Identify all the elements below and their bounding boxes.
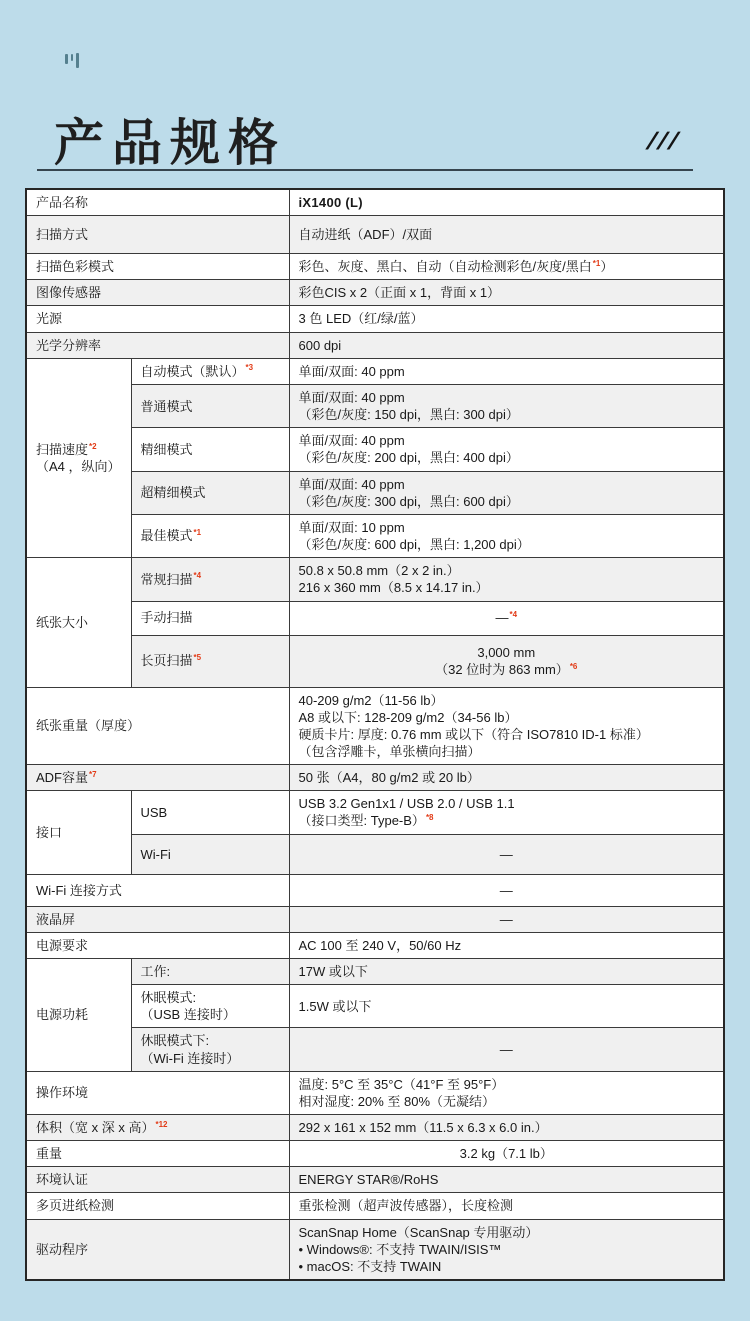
spec-value-cell: — [289,874,724,906]
table-row: 扫描速度*2（A4 ，纵向）自动模式（默认）*3单面/双面: 40 ppm [26,358,724,384]
spec-sublabel-cell: 常规扫描*4 [131,558,289,601]
spec-label-cell: 重量 [26,1141,289,1167]
spec-label-cell: 电源功耗 [26,958,131,1071]
spec-label-cell: 液晶屏 [26,906,289,932]
spec-value-cell: — [289,906,724,932]
spec-label-cell: 电源要求 [26,932,289,958]
spec-label-cell: 环境认证 [26,1167,289,1193]
spec-label-cell: 驱动程序 [26,1219,289,1280]
spec-value-cell: 17W 或以下 [289,958,724,984]
spec-label-cell: 扫描色彩模式 [26,254,289,280]
table-row: 光学分辨率600 dpi [26,332,724,358]
spec-label-cell: 扫描方式 [26,216,289,254]
spec-value-cell: —*4 [289,601,724,635]
spec-value-cell: ScanSnap Home（ScanSnap 专用驱动）• Windows®: … [289,1219,724,1280]
table-row: 长页扫描*53,000 mm（32 位时为 863 mm）*6 [26,635,724,687]
table-row: 多页进纸检测重张检测（超声波传感器），长度检测 [26,1193,724,1219]
table-row: 驱动程序ScanSnap Home（ScanSnap 专用驱动）• Window… [26,1219,724,1280]
spec-value-cell: 温度: 5°C 至 35°C（41°F 至 95°F）相对湿度: 20% 至 8… [289,1071,724,1114]
table-row: 重量3.2 kg（7.1 lb） [26,1141,724,1167]
spec-sheet-page: 产品规格 /// 产品名称iX1400 (L)扫描方式自动进纸（ADF）/双面扫… [0,0,750,1321]
table-row: 手动扫描—*4 [26,601,724,635]
spec-value-cell: 292 x 161 x 152 mm（11.5 x 6.3 x 6.0 in.） [289,1115,724,1141]
table-row: 图像传感器彩色CIS x 2（正面 x 1，背面 x 1） [26,280,724,306]
spec-value-cell: 单面/双面: 40 ppm [289,358,724,384]
spec-value-cell: 50 张（A4，80 g/m2 或 20 lb） [289,765,724,791]
spec-value-cell: 单面/双面: 40 ppm（彩色/灰度: 150 dpi，黑白: 300 dpi… [289,384,724,427]
table-row: Wi-Fi— [26,834,724,874]
spec-sublabel-cell: 长页扫描*5 [131,635,289,687]
spec-value-cell: 自动进纸（ADF）/双面 [289,216,724,254]
title-underline [37,169,693,171]
spec-value-cell: ENERGY STAR®/RoHS [289,1167,724,1193]
spec-label-cell: 接口 [26,791,131,874]
table-row: 操作环境温度: 5°C 至 35°C（41°F 至 95°F）相对湿度: 20%… [26,1071,724,1114]
spec-sublabel-cell: USB [131,791,289,834]
table-row: 扫描色彩模式彩色、灰度、黑白、自动（自动检测彩色/灰度/黑白*1） [26,254,724,280]
spec-value-cell: 50.8 x 50.8 mm（2 x 2 in.）216 x 360 mm（8.… [289,558,724,601]
table-row: 纸张大小常规扫描*450.8 x 50.8 mm（2 x 2 in.）216 x… [26,558,724,601]
spec-sublabel-cell: 最佳模式*1 [131,514,289,557]
spec-value-cell: 3.2 kg（7.1 lb） [289,1141,724,1167]
table-row: 超精细模式单面/双面: 40 ppm（彩色/灰度: 300 dpi，黑白: 60… [26,471,724,514]
spec-label-cell: 操作环境 [26,1071,289,1114]
spec-label-cell: 光源 [26,306,289,332]
triple-bars-icon [65,53,79,71]
table-row: 电源要求AC 100 至 240 V，50/60 Hz [26,932,724,958]
spec-label-cell: 扫描速度*2（A4 ，纵向） [26,358,131,557]
page-title: 产品规格 [54,118,286,168]
table-row: 液晶屏— [26,906,724,932]
table-row: 休眠模式:（USB 连接时）1.5W 或以下 [26,985,724,1028]
spec-sublabel-cell: 休眠模式:（USB 连接时） [131,985,289,1028]
spec-label-cell: 纸张大小 [26,558,131,687]
table-row: 接口USBUSB 3.2 Gen1x1 / USB 2.0 / USB 1.1（… [26,791,724,834]
spec-label-cell: 产品名称 [26,189,289,216]
table-row: 体积（宽 x 深 x 高）*12292 x 161 x 152 mm（11.5 … [26,1115,724,1141]
table-row: ADF容量*750 张（A4，80 g/m2 或 20 lb） [26,765,724,791]
spec-label-cell: 体积（宽 x 深 x 高）*12 [26,1115,289,1141]
table-row: 环境认证ENERGY STAR®/RoHS [26,1167,724,1193]
slashes-icon: /// [645,130,683,154]
spec-label-cell: 多页进纸检测 [26,1193,289,1219]
spec-sublabel-cell: 普通模式 [131,384,289,427]
spec-value-cell: USB 3.2 Gen1x1 / USB 2.0 / USB 1.1（接口类型:… [289,791,724,834]
spec-value-cell: 3,000 mm（32 位时为 863 mm）*6 [289,635,724,687]
spec-value-cell: iX1400 (L) [289,189,724,216]
spec-label-cell: 图像传感器 [26,280,289,306]
table-row: 电源功耗工作:17W 或以下 [26,958,724,984]
table-row: 普通模式单面/双面: 40 ppm（彩色/灰度: 150 dpi，黑白: 300… [26,384,724,427]
spec-sublabel-cell: 精细模式 [131,428,289,471]
spec-table: 产品名称iX1400 (L)扫描方式自动进纸（ADF）/双面扫描色彩模式彩色、灰… [25,188,725,1281]
spec-sublabel-cell: Wi-Fi [131,834,289,874]
table-row: 扫描方式自动进纸（ADF）/双面 [26,216,724,254]
spec-label-cell: Wi-Fi 连接方式 [26,874,289,906]
spec-label-cell: 光学分辨率 [26,332,289,358]
spec-value-cell: 单面/双面: 10 ppm（彩色/灰度: 600 dpi，黑白: 1,200 d… [289,514,724,557]
spec-value-cell: AC 100 至 240 V，50/60 Hz [289,932,724,958]
spec-label-cell: ADF容量*7 [26,765,289,791]
table-row: Wi-Fi 连接方式— [26,874,724,906]
spec-value-cell: 600 dpi [289,332,724,358]
table-row: 光源3 色 LED（红/绿/蓝） [26,306,724,332]
spec-label-cell: 纸张重量（厚度） [26,687,289,765]
spec-sublabel-cell: 休眠模式下:（Wi-Fi 连接时） [131,1028,289,1071]
spec-value-cell: — [289,834,724,874]
table-row: 纸张重量（厚度）40-209 g/m2（11-56 lb）A8 或以下: 128… [26,687,724,765]
table-row: 休眠模式下:（Wi-Fi 连接时）— [26,1028,724,1071]
table-row: 最佳模式*1单面/双面: 10 ppm（彩色/灰度: 600 dpi，黑白: 1… [26,514,724,557]
spec-value-cell: 40-209 g/m2（11-56 lb）A8 或以下: 128-209 g/m… [289,687,724,765]
spec-value-cell: 彩色、灰度、黑白、自动（自动检测彩色/灰度/黑白*1） [289,254,724,280]
table-row: 产品名称iX1400 (L) [26,189,724,216]
spec-sublabel-cell: 工作: [131,958,289,984]
spec-sublabel-cell: 超精细模式 [131,471,289,514]
spec-value-cell: 1.5W 或以下 [289,985,724,1028]
spec-value-cell: 重张检测（超声波传感器），长度检测 [289,1193,724,1219]
spec-value-cell: 单面/双面: 40 ppm（彩色/灰度: 200 dpi，黑白: 400 dpi… [289,428,724,471]
spec-sublabel-cell: 手动扫描 [131,601,289,635]
spec-sublabel-cell: 自动模式（默认）*3 [131,358,289,384]
spec-value-cell: 单面/双面: 40 ppm（彩色/灰度: 300 dpi，黑白: 600 dpi… [289,471,724,514]
spec-value-cell: — [289,1028,724,1071]
table-row: 精细模式单面/双面: 40 ppm（彩色/灰度: 200 dpi，黑白: 400… [26,428,724,471]
spec-value-cell: 3 色 LED（红/绿/蓝） [289,306,724,332]
spec-value-cell: 彩色CIS x 2（正面 x 1，背面 x 1） [289,280,724,306]
